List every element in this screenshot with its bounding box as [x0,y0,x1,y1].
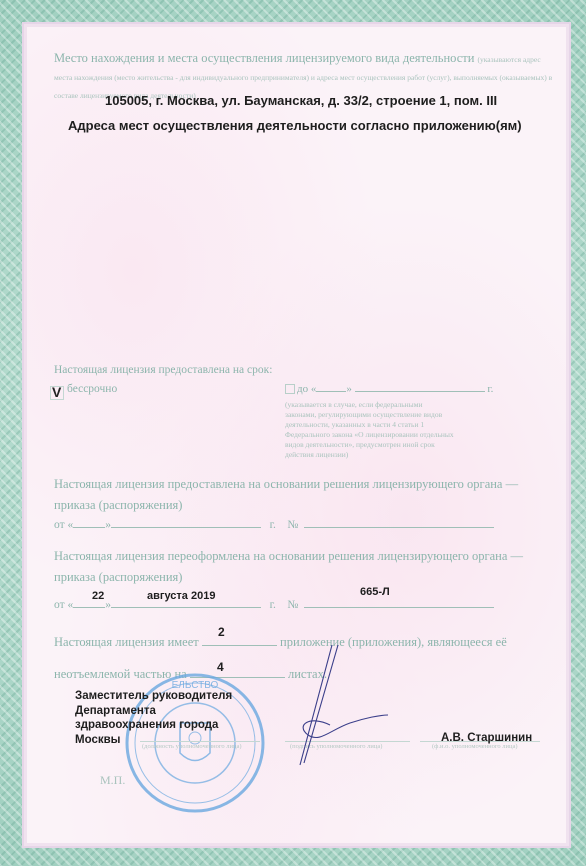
term-label: Настоящая лицензия предоставлена на срок… [54,364,272,376]
indefinite-label: бессрочно [67,383,117,395]
until-hint: (указывается в случае, если федеральными… [285,400,455,460]
check-mark-icon: V [52,384,61,400]
position-line-1: Заместитель руководителя [75,689,232,704]
reissued-text: Настоящая лицензия переоформлена на осно… [54,546,544,588]
granted-number-line [304,517,494,528]
granted-day-line [73,517,105,528]
address-note: Адреса мест осуществления деятельности с… [68,118,522,133]
granted-from-prefix: от « [54,519,73,531]
granted-date-line [111,517,261,528]
appendix-text-a: Настоящая лицензия имеет [54,635,199,649]
position-line-3: здравоохранения города [75,718,232,733]
until-checkbox[interactable] [285,384,295,394]
reissued-date-row: от «» г. № [54,597,494,611]
reissued-number-label: № [287,599,298,611]
appendix-count-line [202,635,277,646]
until-mid: » [346,383,352,395]
name-hint: (ф.и.о. уполномоченного лица) [432,743,518,750]
position-hint: (должность уполномоченного лица) [142,743,242,750]
reissued-year-suffix: г. [270,599,276,611]
reissued-number-line [304,597,494,608]
position-line [140,741,260,742]
reissued-number: 665-Л [360,586,390,598]
granted-year-suffix: г. [270,519,276,531]
granted-text: Настоящая лицензия предоставлена на осно… [54,474,544,516]
signatory-name: А.В. Старшинин [441,732,532,744]
until-suffix: г. [487,383,493,395]
until-row: до «» г. [297,381,537,395]
granted-number-label: № [287,519,298,531]
indefinite-checkbox[interactable]: V [50,386,64,400]
position-line-2: Департамента [75,704,232,719]
reissued-month-year: августа 2019 [147,590,215,602]
until-prefix: до « [297,383,316,395]
handwritten-signature-icon [290,645,390,785]
reissued-day: 22 [92,590,104,602]
appendix-count: 2 [218,625,225,639]
address: 105005, г. Москва, ул. Бауманская, д. 33… [105,93,497,108]
until-date-line [355,381,485,392]
seal-place-label: М.П. [100,773,125,788]
until-day-line [316,381,346,392]
signatory-position: Заместитель руководителя Департамента зд… [75,689,232,747]
granted-date-row: от «» г. № [54,517,494,531]
location-heading-text: Место нахождения и места осуществления л… [54,51,474,65]
reissued-from-prefix: от « [54,599,73,611]
